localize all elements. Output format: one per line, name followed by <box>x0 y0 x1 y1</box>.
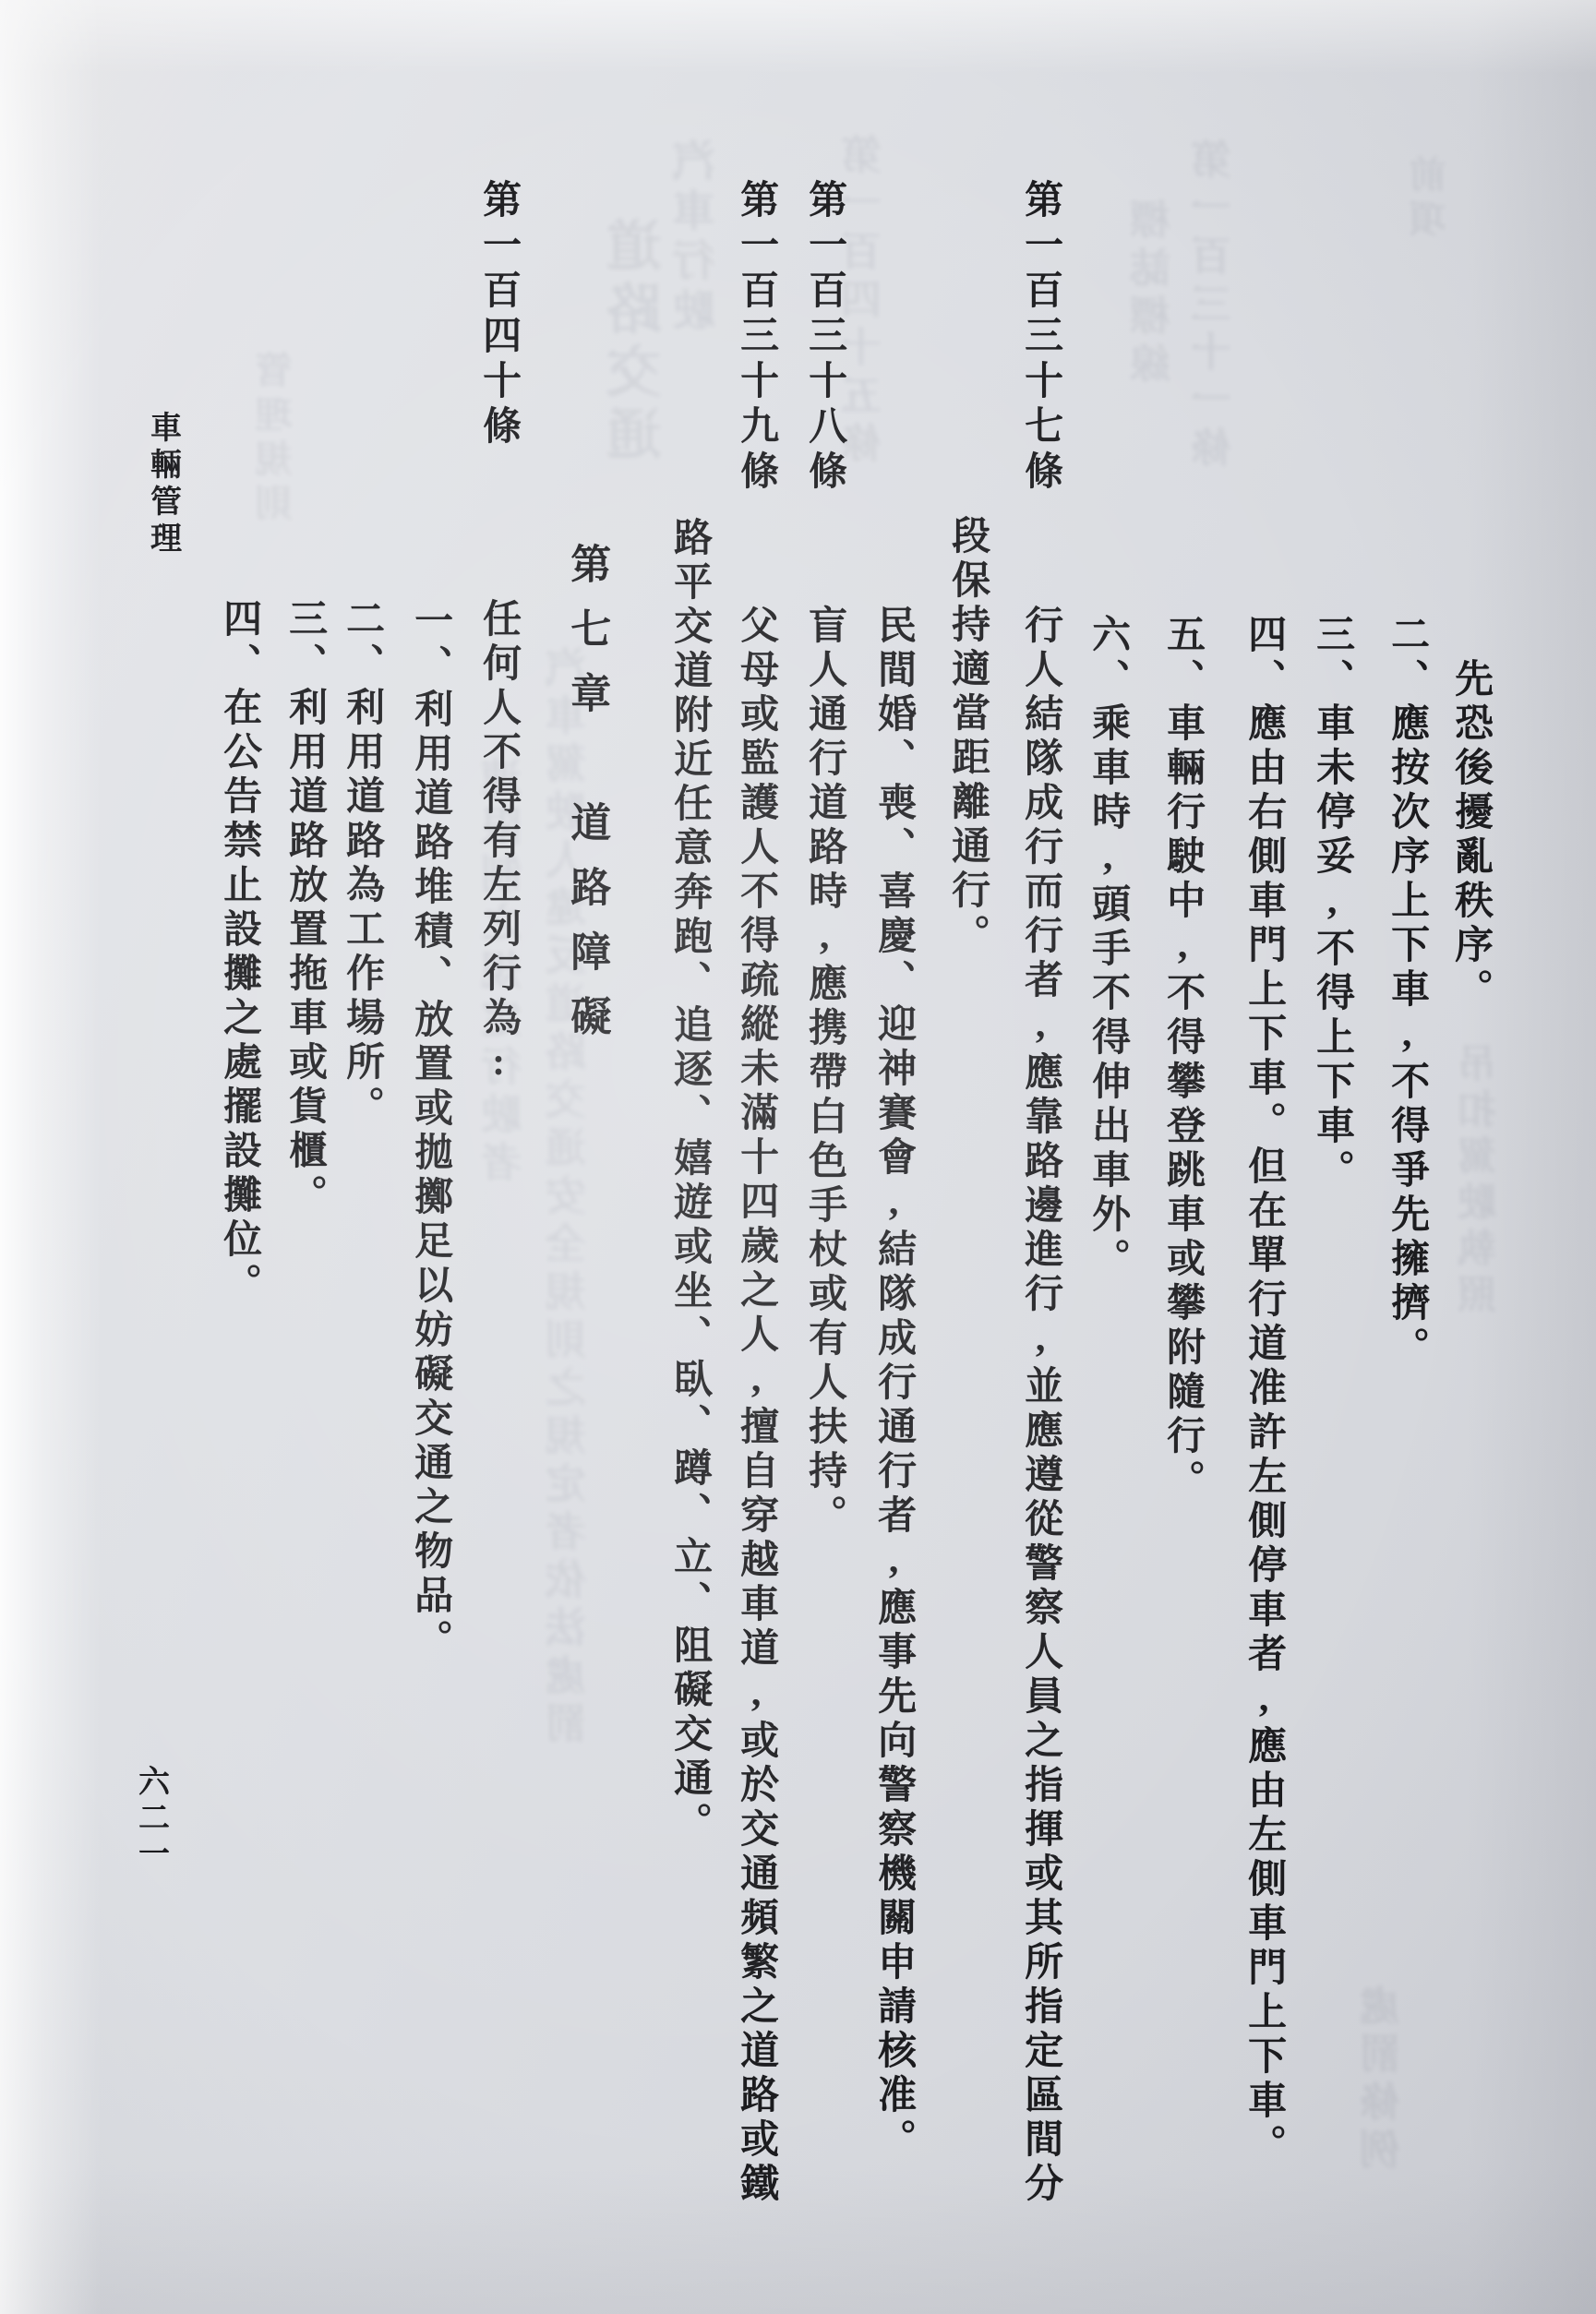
text-layer: 先恐後擾亂秩序。二、應按次序上下車,不得爭先擁擠。三、車未停妥,不得上下車。四、… <box>0 0 1596 2314</box>
article-140-number: 第一百四十條 <box>476 179 521 450</box>
prev-article-item-6: 六、乘車時,頭手不得伸出車外。 <box>1086 614 1130 1282</box>
prev-article-item-2: 二、應按次序上下車,不得爭先擁擠。 <box>1385 614 1429 1371</box>
article-138-number: 第一百三十八條 <box>802 179 846 496</box>
scanned-page: 第一百三十一條前項標誌標線第一百四十五條汽車行駛道路交通汽車駕駛人違反道路交通安… <box>0 0 1596 2314</box>
article-139-number: 第一百三十九條 <box>734 179 778 496</box>
page-number: 六二一 <box>132 1765 168 1873</box>
prev-article-item-2-continuation: 先恐後擾亂秩序。 <box>1448 658 1493 1013</box>
article-137-number: 第一百三十七條 <box>1018 179 1062 496</box>
article-140-item-1: 一、利用道路堆積、放置或拋擲足以妨礙交通之物品。 <box>408 600 452 1663</box>
prev-article-item-5: 五、車輛行駛中,不得攀登跳車或攀附隨行。 <box>1160 614 1205 1504</box>
article-137-body-col-1: 行人結隊成行而行者,應靠路邊進行,並應遵從警察人員之指揮或其所指定區間分 <box>1018 605 1062 2207</box>
article-138-body: 盲人通行道路時,應携帶白色手杖或有人扶持。 <box>802 605 846 1539</box>
article-139-body-col-1: 父母或監護人不得疏縱未滿十四歲之人,擅自穿越車道,或於交通頻繁之道路或鐵 <box>734 605 778 2207</box>
article-140-item-3: 三、利用道路放置拖車或貨櫃。 <box>282 598 327 1218</box>
article-140-body: 任何人不得有左列行為: <box>476 598 521 1089</box>
article-139-body-col-2: 路平交道附近任意奔跑、追逐、嬉遊或坐、臥、蹲、立、阻礙交通。 <box>667 517 712 1846</box>
chapter-7-heading: 第七章 道路障礙 <box>563 543 610 1060</box>
article-140-item-2: 二、利用道路為工作場所。 <box>340 598 384 1130</box>
article-140-item-4: 四、在公告禁止設攤之處擺設攤位。 <box>217 598 261 1307</box>
article-137-body-col-2: 段保持適當距離通行。 <box>945 515 990 958</box>
prev-article-item-4: 四、應由右側車門上下車。但在單行道准許左側停車者,應由左側車門上下車。 <box>1242 614 1286 2168</box>
margin-section-label: 車輛管理 <box>144 411 180 558</box>
prev-article-item-3: 三、車未停妥,不得上下車。 <box>1310 614 1354 1193</box>
article-137-paragraph-2: 民間婚、喪、喜慶、迎神賽會,結隊成行通行者,應事先向警察機關申請核准。 <box>871 605 916 2163</box>
